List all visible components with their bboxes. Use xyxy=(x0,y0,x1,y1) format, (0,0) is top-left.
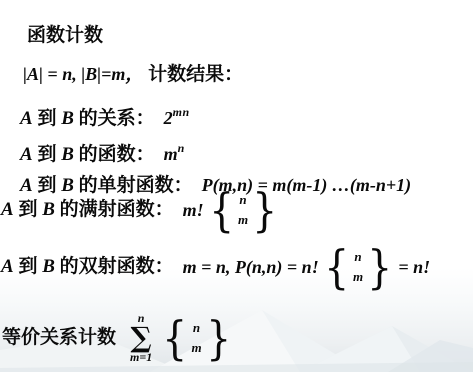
formula-line-surjective: A 到 B 的满射函数： m! { n m } xyxy=(1,182,279,238)
label-to: 到 xyxy=(14,199,43,221)
stirling-bottom: m xyxy=(191,338,201,358)
bijective-formula-right: = n! xyxy=(398,256,430,278)
left-brace: { xyxy=(209,187,234,233)
formula-line-equivalence: 等价关系计数 n ∑ m=1 { n m } xyxy=(2,308,233,368)
label-to: 到 xyxy=(14,256,43,278)
stirling-number: { n m } xyxy=(160,315,233,361)
set-b: B xyxy=(42,199,55,221)
set-a: A xyxy=(1,256,14,278)
surjective-prefactor: m! xyxy=(183,199,204,221)
stirling-top: n xyxy=(193,318,200,338)
stirling-number: { n m } xyxy=(207,187,280,233)
right-brace: } xyxy=(206,315,231,361)
stirling-stack: n m xyxy=(236,190,250,230)
right-brace: } xyxy=(252,187,277,233)
sum-lower-limit: m=1 xyxy=(130,351,152,364)
set-a: A xyxy=(1,199,14,221)
stirling-number: { n m } xyxy=(322,244,395,290)
bijective-formula-left: m = n, P(n,n) = n! xyxy=(183,256,319,278)
stirling-bottom: m xyxy=(353,267,363,287)
label-equivalence: 等价关系计数 xyxy=(2,327,116,349)
slide-canvas: 函数计数 |A| = n, |B|=m， 计数结果： A 到 B 的关系：2mn… xyxy=(0,0,473,372)
stirling-stack: n m xyxy=(351,247,365,287)
stirling-bottom: m xyxy=(238,210,248,230)
label-surjective: 的满射函数： xyxy=(55,199,174,221)
formula-line-bijective: A 到 B 的双射函数： m = n, P(n,n) = n! { n m } … xyxy=(1,238,430,296)
stirling-top: n xyxy=(239,190,246,210)
summation: n ∑ m=1 xyxy=(130,312,152,365)
left-brace: { xyxy=(162,315,187,361)
left-brace: { xyxy=(324,244,349,290)
label-bijective: 的双射函数： xyxy=(55,256,174,278)
right-brace: } xyxy=(367,244,392,290)
stirling-stack: n m xyxy=(189,318,203,358)
stirling-top: n xyxy=(354,247,361,267)
set-b: B xyxy=(42,256,55,278)
sigma-symbol: ∑ xyxy=(131,325,152,352)
